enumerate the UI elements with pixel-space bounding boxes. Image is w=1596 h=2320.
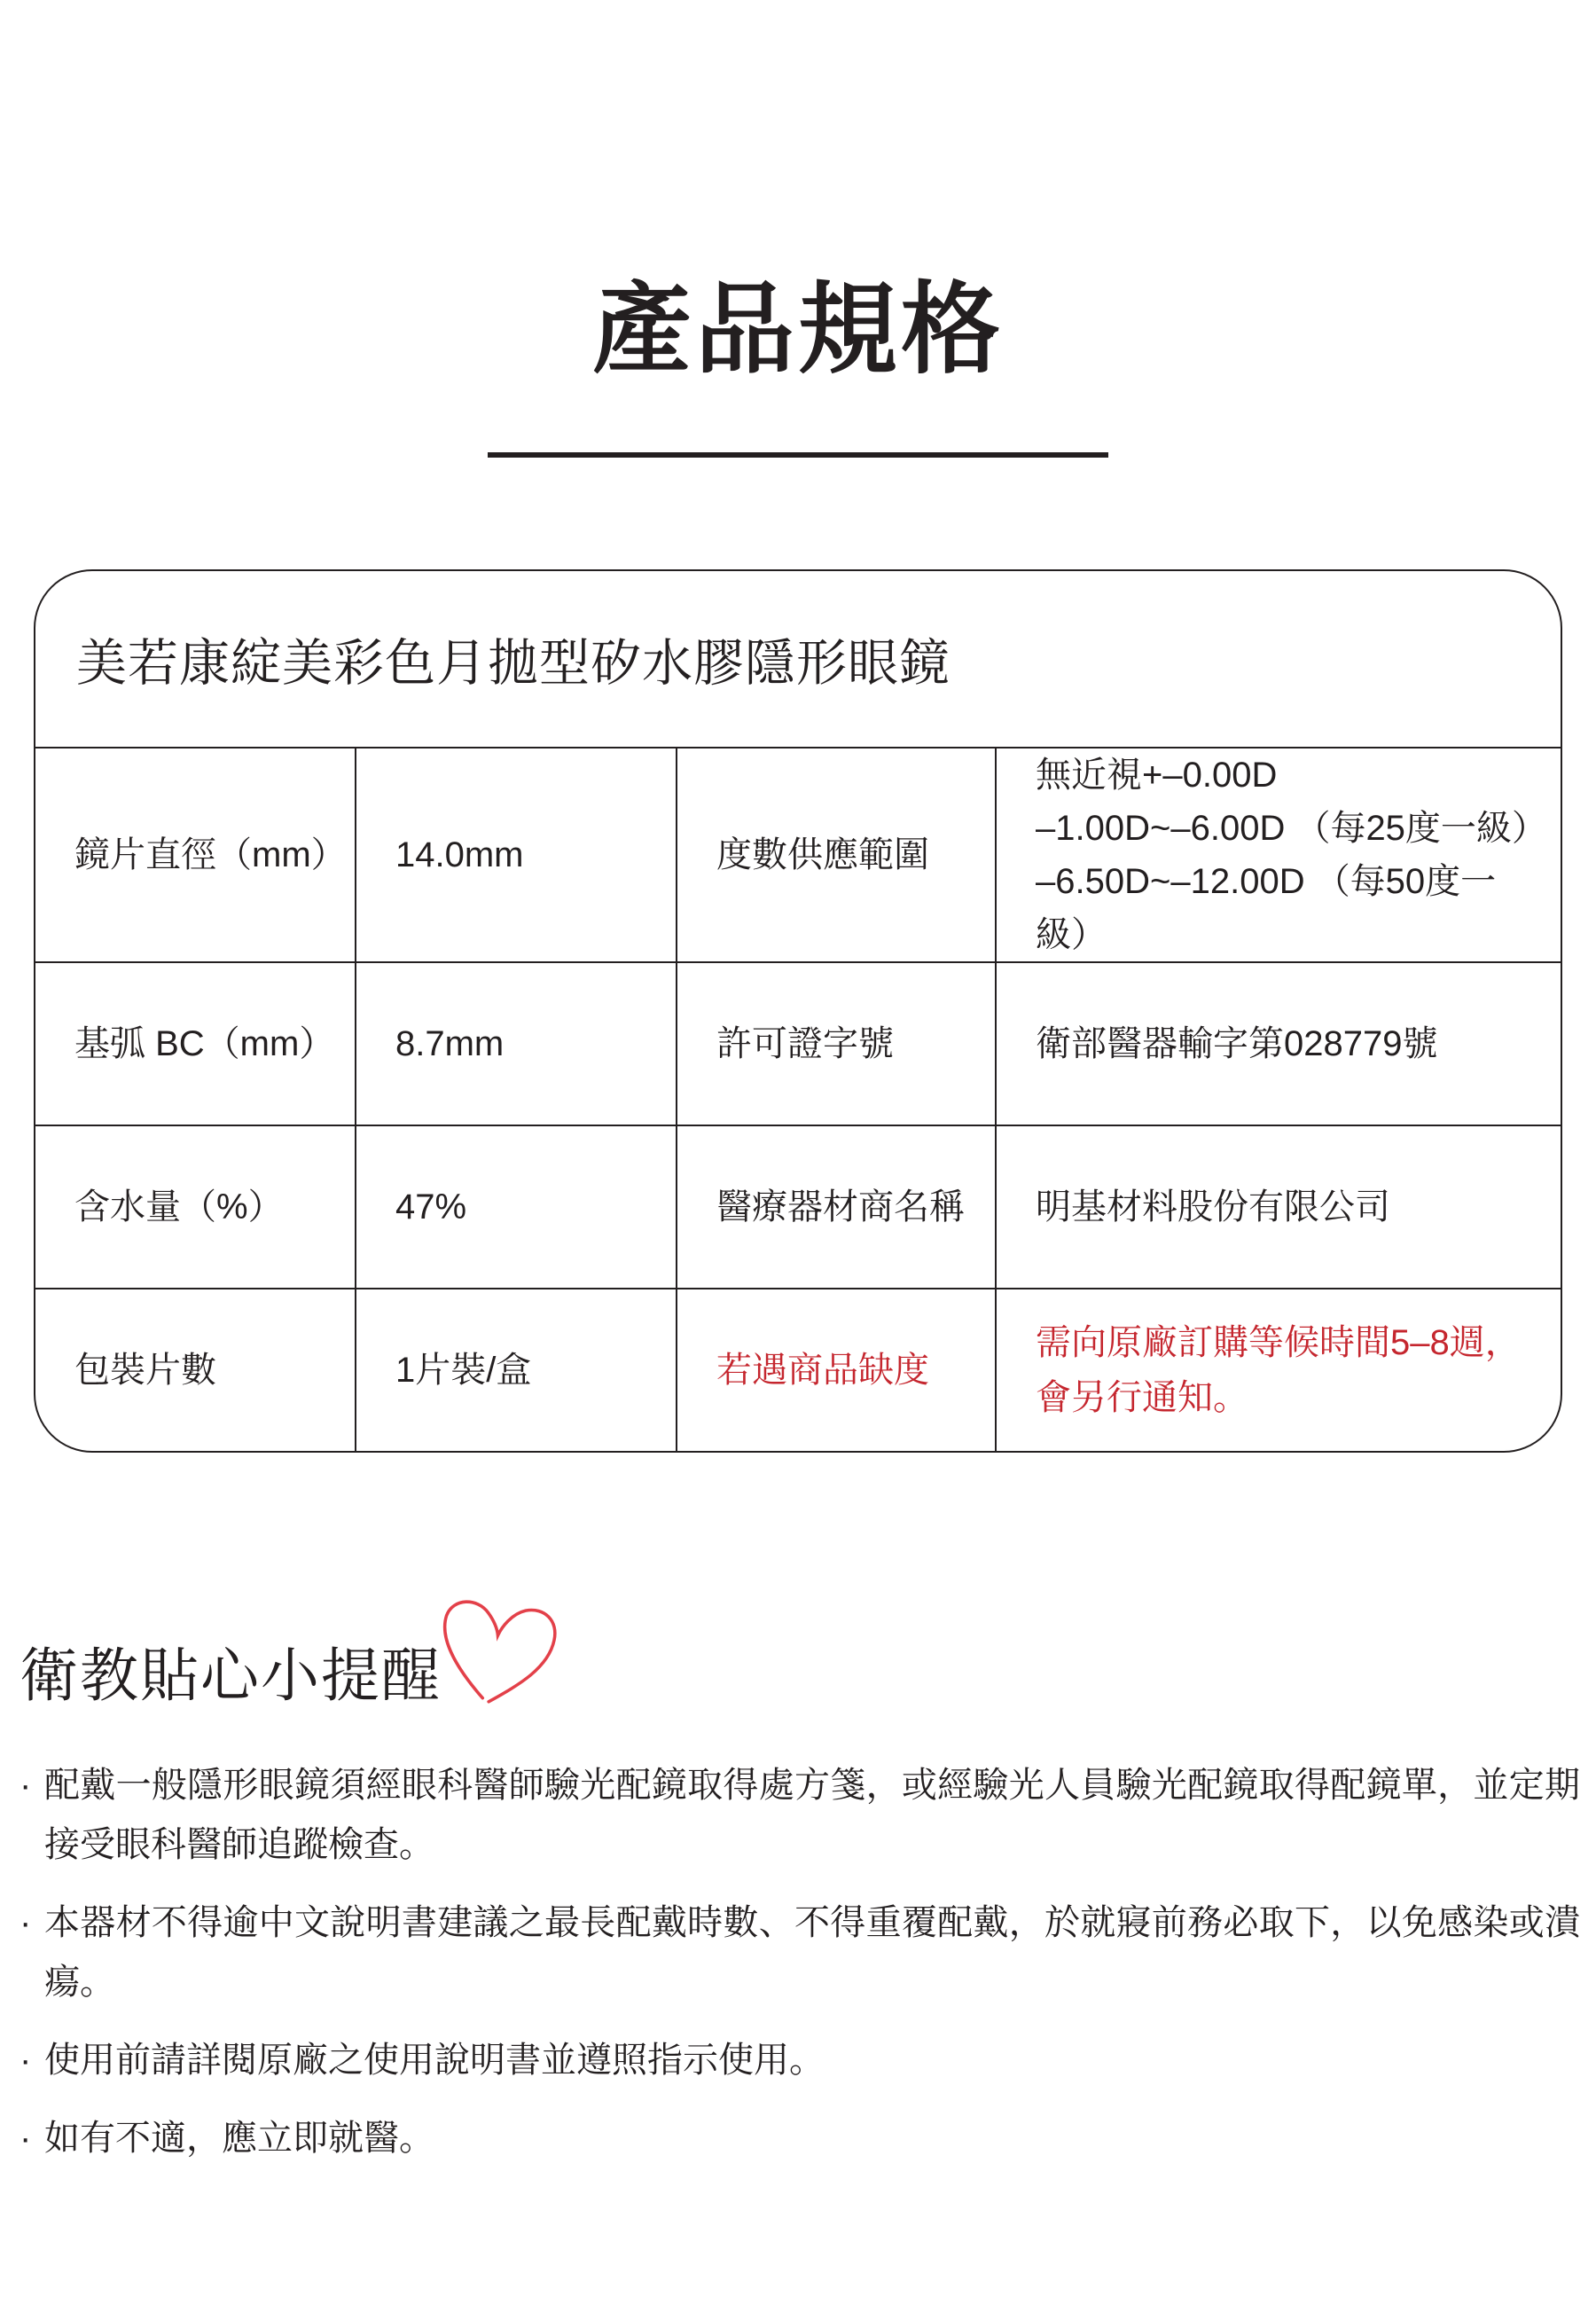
spec-table: 美若康綻美彩色月拋型矽水膠隱形眼鏡 鏡片直徑（mm） 14.0mm 度數供應範圍… bbox=[34, 569, 1562, 1453]
bullet-dot: · bbox=[20, 2031, 31, 2090]
row1-value2: 無近視+–0.00D –1.00D~–6.00D （每25度一級） –6.50D… bbox=[995, 747, 1561, 961]
row3-value1: 47% bbox=[355, 1125, 676, 1288]
row2-value2: 衛部醫器輸字第028779號 bbox=[995, 961, 1561, 1125]
bullet-dot: · bbox=[20, 2109, 31, 2168]
row4-value2: 需向原廠訂購等候時間5–8週，會另行通知。 bbox=[995, 1288, 1561, 1451]
bullet-dot: · bbox=[20, 1756, 31, 1815]
row4-label2: 若遇商品缺度 bbox=[676, 1288, 995, 1451]
power-range-line: –6.50D~–12.00D （每50度一級） bbox=[1036, 855, 1537, 961]
power-range-line: –1.00D~–6.00D （每25度一級） bbox=[1036, 802, 1537, 855]
row1-label1: 鏡片直徑（mm） bbox=[35, 747, 355, 961]
bullet-dot: · bbox=[20, 1893, 31, 1953]
row1-label2: 度數供應範圍 bbox=[676, 747, 995, 961]
row2-label2: 許可證字號 bbox=[676, 961, 995, 1125]
reminder-list: · 配戴一般隱形眼鏡須經眼科醫師驗光配鏡取得處方箋，或經驗光人員驗光配鏡取得配鏡… bbox=[18, 1756, 1580, 2187]
row1-value1: 14.0mm bbox=[355, 747, 676, 961]
bullet-text: 如有不適，應立即就醫。 bbox=[44, 2119, 434, 2158]
heart-icon bbox=[427, 1595, 562, 1715]
power-range-line: 無近視+–0.00D bbox=[1036, 749, 1537, 802]
list-item: · 使用前請詳閱原廠之使用說明書並遵照指示使用。 bbox=[18, 2031, 1580, 2090]
list-item: · 如有不適，應立即就醫。 bbox=[18, 2109, 1580, 2168]
product-spec-page: 產品規格 美若康綻美彩色月拋型矽水膠隱形眼鏡 鏡片直徑（mm） 14.0mm 度… bbox=[0, 0, 1596, 2320]
row2-label1: 基弧 BC（mm） bbox=[35, 961, 355, 1125]
bullet-text: 本器材不得逾中文說明書建議之最長配戴時數、不得重覆配戴，於就寢前務必取下，以免感… bbox=[44, 1903, 1580, 2002]
row4-value1: 1片裝/盒 bbox=[355, 1288, 676, 1451]
row3-label2: 醫療器材商名稱 bbox=[676, 1125, 995, 1288]
row4-label1: 包裝片數 bbox=[35, 1288, 355, 1451]
list-item: · 配戴一般隱形眼鏡須經眼科醫師驗光配鏡取得處方箋，或經驗光人員驗光配鏡取得配鏡… bbox=[18, 1756, 1580, 1875]
row3-label1: 含水量（%） bbox=[35, 1125, 355, 1288]
title-underline bbox=[488, 452, 1108, 458]
row3-value2: 明基材料股份有限公司 bbox=[995, 1125, 1561, 1288]
row2-value1: 8.7mm bbox=[355, 961, 676, 1125]
bullet-text: 配戴一般隱形眼鏡須經眼科醫師驗光配鏡取得處方箋，或經驗光人員驗光配鏡取得配鏡單，… bbox=[44, 1766, 1580, 1864]
bullet-text: 使用前請詳閱原廠之使用說明書並遵照指示使用。 bbox=[44, 2041, 825, 2080]
list-item: · 本器材不得逾中文說明書建議之最長配戴時數、不得重覆配戴，於就寢前務必取下，以… bbox=[18, 1893, 1580, 2012]
product-name: 美若康綻美彩色月拋型矽水膠隱形眼鏡 bbox=[35, 571, 1561, 747]
section-title: 衛教貼心小提醒 bbox=[20, 1639, 442, 1713]
page-title: 產品規格 bbox=[0, 266, 1596, 393]
